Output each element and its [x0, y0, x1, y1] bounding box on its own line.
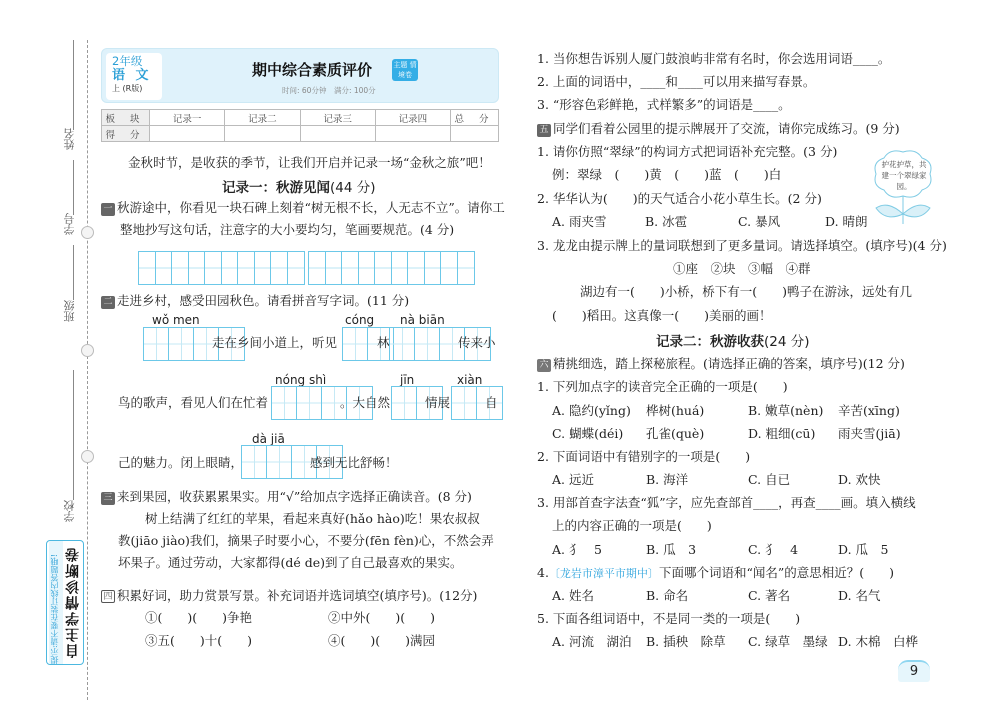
q6-s3-opt-b: B. 瓜 3: [646, 540, 696, 558]
q6-s2-opt-a: A. 远近: [552, 470, 594, 488]
school-underline: [73, 370, 74, 500]
exam-title: 期中综合素质评价: [252, 59, 372, 80]
q4-number-icon: 四: [101, 590, 115, 603]
score-input[interactable]: [225, 126, 300, 142]
q4-sub-2: 2. 上面的词语中，____和____可以用来描写春景。: [537, 72, 815, 90]
q1-prompt: 一秋游途中，你看见一块石碑上刻着“树无根不长，人无志不立”。请你工: [101, 198, 505, 216]
section1-score: (44 分): [330, 180, 376, 196]
cell-label: 板 块: [102, 110, 150, 126]
score-input[interactable]: [451, 126, 499, 142]
q1-line1: 秋游途中，你看见一块石碑上刻着“树无根不长，人无志不立”。请你工: [117, 200, 505, 215]
copy-grid-left[interactable]: [138, 251, 305, 285]
cell-score-label: 得 分: [102, 126, 150, 142]
q5-sub-1-example: 例：翠绿 ( )黄 ( )蓝 ( )白: [552, 165, 781, 183]
q2-number-icon: 二: [101, 296, 115, 309]
q6-sub-1: 1. 下列加点字的读音完全正确的一项是( ): [537, 377, 788, 395]
q6-sub-3b: 上的内容正确的一项是( ): [552, 516, 712, 534]
pinyin: dà jiā: [252, 432, 285, 446]
score-input[interactable]: [150, 126, 225, 142]
class-underline: [73, 245, 74, 300]
q4-prompt: 四积累好词，助力赏景写景。补充词语并选词填空(填序号)。(12分): [101, 586, 477, 604]
q2-text-8: 己的魅力。闭上眼睛，: [118, 453, 243, 471]
cell-record1: 记录一: [150, 110, 225, 126]
binding-hole-icon: [81, 450, 94, 463]
flower-sign-icon: 护花护草，共建一个翠绿家园。: [870, 148, 936, 226]
score-table-score-row: 得 分: [102, 126, 499, 142]
q6-sub-3a: 3. 用部首查字法查“狐”字，应先查部首____，再查____画。填入横线: [537, 493, 916, 511]
q6-s4-opt-b: B. 命名: [646, 586, 688, 604]
id-underline: [73, 160, 74, 215]
q4-sub-3: 3. “形容色彩鲜艳，式样繁多”的词语是____。: [537, 95, 791, 113]
q6-s4-text: 下面哪个词语和“闻名”的意思相近？( ): [659, 565, 894, 580]
exam-header: 2年级 语 文 上 (R版) 期中综合素质评价 主题 情境卷 时间: 60分钟 …: [101, 48, 499, 103]
name-label: 姓名: [62, 128, 78, 150]
q5-opt-a: A. 雨夹雪: [552, 212, 606, 230]
q4-sub-1: 1. 当你想告诉别人厦门鼓浪屿非常有名时，你会选用词语____。: [537, 49, 890, 67]
q4-item-3: ③五( )十( ): [145, 631, 252, 649]
q5-sub-2: 2. 华华认为( )的天气适合小花小草生长。(2 分): [537, 189, 822, 207]
section2-title: 记录二：秋游收获(24 分): [656, 330, 810, 350]
school-label: 学校: [62, 500, 78, 522]
q2-text-5: 。大自然: [340, 393, 390, 411]
q6-prompt: 六精挑细选，踏上探秘旅程。(请选择正确的答案，填序号)(12 分): [537, 354, 905, 372]
pinyin: xiàn: [457, 373, 482, 387]
grade-box: 2年级 语 文 上 (R版): [106, 53, 162, 100]
q3-line3: 坏果子。通过劳动，大家都得(dé de)到了自己最喜欢的果实。: [118, 553, 463, 571]
q6-s3-opt-c: C. 犭 4: [748, 540, 798, 558]
section2-score: (24 分): [764, 334, 810, 350]
q5-sub-3: 3. 龙龙由提示牌上的量词联想到了更多量词。请选择填空。(填序号)(4 分): [537, 236, 947, 254]
q1-line2: 整地抄写这句话，注意字的大小要均匀，笔画要规范。(4 分): [120, 220, 454, 238]
q4-text: 积累好词，助力赏景写景。补充词语并选词填空(填序号)。(12分): [117, 588, 477, 603]
q6-s5-opt-b: B. 插秧 除草: [646, 632, 726, 650]
q6-s1-opt: D. 粗细(cū): [748, 424, 815, 442]
q6-s1-opt: B. 嫩草(nèn): [748, 401, 823, 419]
q5-sub-1: 1. 请你仿照“翠绿”的构词方式把词语补充完整。(3 分): [537, 142, 837, 160]
q6-number-icon: 六: [537, 359, 551, 372]
q6-s1-opt: 辛苦(xīng): [838, 401, 900, 419]
q6-s1-opt: A. 隐约(yǐng): [552, 401, 631, 419]
pinyin: nóng shì: [275, 373, 326, 387]
q2-text-1: 走在乡间小道上，听见: [212, 333, 337, 351]
score-table: 板 块 记录一 记录二 记录三 记录四 总 分 得 分: [101, 109, 499, 142]
brand-title: 自主学情诊断卷: [63, 541, 83, 664]
page-number: 9: [898, 660, 930, 682]
q2-text-6: 情展: [425, 393, 450, 411]
q5-sub-3-line1: 湖边有一( )小桥，桥下有一( )鸭子在游泳，远处有几: [580, 282, 912, 300]
theme-badge: 主题 情境卷: [392, 59, 418, 81]
binding-hole-icon: [81, 226, 94, 239]
score-input[interactable]: [375, 126, 450, 142]
q5-opt-c: C. 暴风: [738, 212, 780, 230]
edition: 上 (R版): [112, 83, 156, 95]
subject: 语 文: [112, 68, 156, 83]
q6-s1-opt: 雨夹雪(jiā): [838, 424, 901, 442]
q2-prompt: 二走进乡村，感受田园秋色。请看拼音写字词。(11 分): [101, 291, 409, 309]
q6-s2-opt-c: C. 自已: [748, 470, 790, 488]
q6-s1-opt: 孔雀(què): [646, 424, 704, 442]
q5-prompt: 五同学们看着公园里的提示牌展开了交流，请你完成练习。(9 分): [537, 119, 900, 137]
q5-text: 同学们看着公园里的提示牌展开了交流，请你完成练习。(9 分): [553, 121, 900, 136]
q2-text-9: 感到无比舒畅！: [310, 453, 398, 471]
q6-sub-4: 4.〔龙岩市漳平市期中〕下面哪个词语和“闻名”的意思相近？( ): [537, 563, 894, 581]
grade: 2年级: [112, 55, 156, 68]
cell-record4: 记录四: [375, 110, 450, 126]
q3-prompt: 三来到果园，收获累累果实。用“√”给加点字选择正确读音。(8 分): [101, 487, 472, 505]
q5-opt-b: B. 冰雹: [645, 212, 687, 230]
q2-text-3: 传来小: [458, 333, 496, 351]
q6-s2-opt-d: D. 欢快: [838, 470, 881, 488]
cell-total: 总 分: [451, 110, 499, 126]
student-id-label: 学号: [62, 213, 78, 235]
q1-number-icon: 一: [101, 203, 115, 216]
q5-opt-d: D. 晴朗: [825, 212, 868, 230]
binding-hole-icon: [81, 344, 94, 357]
pinyin: nà biān: [400, 313, 445, 327]
q6-s5-opt-c: C. 绿草 墨绿: [748, 632, 828, 650]
q4-item-1: ①( )( )争艳: [145, 608, 252, 626]
copy-grid-right[interactable]: [308, 251, 475, 285]
pinyin: jīn: [400, 373, 414, 387]
brand-label: 自主学情诊断卷 提示:请不要在装订线内答题哦!: [46, 540, 84, 665]
intro-text: 金秋时节，是收获的季节，让我们开启并记录一场“金秋之旅”吧！: [128, 153, 491, 171]
score-input[interactable]: [300, 126, 375, 142]
q2-text-4: 鸟的歌声，看见人们在忙着: [118, 393, 268, 411]
q6-text: 精挑细选，踏上探秘旅程。(请选择正确的答案，填序号)(12 分): [553, 356, 905, 371]
section1-title: 记录一：秋游见闻(44 分): [222, 176, 376, 196]
q2-text-2: 林: [377, 333, 390, 351]
q5-number-icon: 五: [537, 124, 551, 137]
q6-s1-opt: C. 蝴蝶(déi): [552, 424, 623, 442]
score-table-header-row: 板 块 记录一 记录二 记录三 记录四 总 分: [102, 110, 499, 126]
q6-sub-5: 5. 下面各组词语中，不是同一类的一项是( ): [537, 609, 800, 627]
q6-s1-opt: 桦树(huá): [646, 401, 704, 419]
source-tag: 〔龙岩市漳平市期中〕: [549, 567, 659, 580]
q4-item-4: ④( )( )满园: [328, 631, 435, 649]
q6-sub-2: 2. 下面词语中有错别字的一项是( ): [537, 447, 750, 465]
q5-sub-3-line2: ( )稻田。这真像一( )美丽的画！: [552, 306, 772, 324]
sign-text: 护花护草，共建一个翠绿家园。: [880, 159, 928, 192]
q6-s2-opt-b: B. 海洋: [646, 470, 688, 488]
q3-text: 来到果园，收获累累果实。用“√”给加点字选择正确读音。(8 分): [117, 489, 472, 504]
q6-s4-opt-c: C. 著名: [748, 586, 790, 604]
name-underline: [73, 40, 74, 130]
cell-record3: 记录三: [300, 110, 375, 126]
q3-line2: 教(jiāo jiào)我们，摘果子时要小心，不要分(fēn fèn)心，不然会…: [118, 531, 494, 549]
q6-s4-opt-a: A. 姓名: [552, 586, 594, 604]
q4-item-2: ②中外( )( ): [328, 608, 435, 626]
q6-s3-opt-a: A. 犭 5: [552, 540, 602, 558]
q6-s5-opt-a: A. 河流 湖泊: [552, 632, 631, 650]
cell-record2: 记录二: [225, 110, 300, 126]
q2-text-7: 自: [485, 393, 498, 411]
pinyin: cóng: [345, 313, 374, 327]
q6-s3-opt-d: D. 瓜 5: [838, 540, 888, 558]
q6-s4-number: 4.: [537, 565, 549, 580]
binding-dotted-line: [87, 40, 88, 700]
q3-line1: 树上结满了红红的苹果，看起来真好(hǎo hào)吃！果农叔叔: [145, 509, 480, 527]
section1-title-text: 记录一：秋游见闻: [222, 180, 330, 196]
q5-measure-words: ①座 ②块 ③幅 ④群: [673, 259, 811, 277]
q2-text: 走进乡村，感受田园秋色。请看拼音写字词。(11 分): [117, 293, 409, 308]
pinyin: wǒ men: [152, 313, 200, 327]
class-label: 班级: [62, 300, 78, 322]
exam-info: 时间: 60分钟 满分: 100分: [282, 85, 376, 96]
q3-number-icon: 三: [101, 492, 115, 505]
q6-s5-opt-d: D. 木棉 白桦: [838, 632, 918, 650]
brand-tip: 提示:请不要在装订线内答题哦!: [49, 541, 63, 664]
q6-s4-opt-d: D. 名气: [838, 586, 881, 604]
section2-title-text: 记录二：秋游收获: [656, 334, 764, 350]
